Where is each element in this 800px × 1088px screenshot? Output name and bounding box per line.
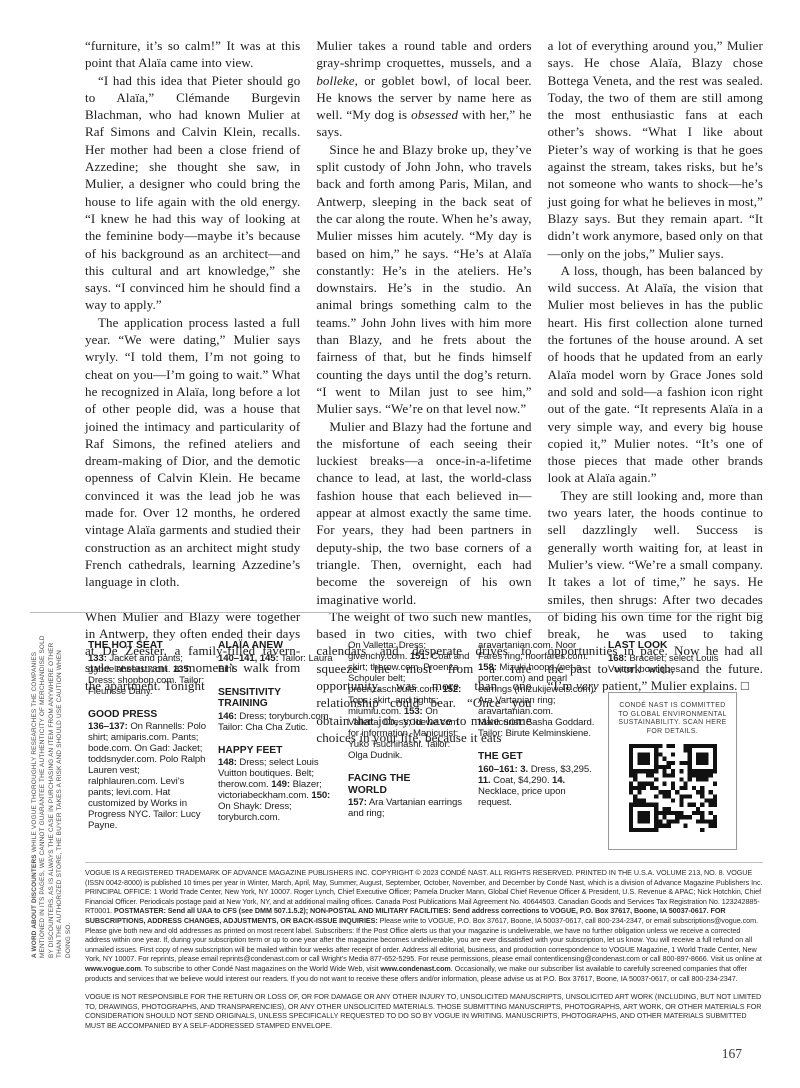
article-paragraph: A loss, though, has been balanced by wil… — [548, 262, 763, 487]
credit-heading: HAPPY FEET — [218, 745, 340, 757]
article-paragraph: Mulier takes a round table and orders gr… — [316, 37, 531, 141]
credit-body: 133: Jacket and pants; gabrielahearst.co… — [88, 653, 210, 697]
credits-column-5: LAST LOOK 168: Bracelet; select Louis Vu… — [608, 640, 730, 687]
section-divider — [30, 612, 763, 613]
credit-body: 157: Ara Vartanian earrings and ring; — [348, 797, 470, 819]
credit-body: aravartanian.com. Noor Fares ring; noorf… — [478, 640, 600, 739]
credit-heading: THE HOT SEAT — [88, 640, 210, 652]
credit-body: 168: Bracelet; select Louis Vuitton bout… — [608, 653, 730, 675]
credit-block: aravartanian.com. Noor Fares ring; noorf… — [478, 640, 600, 739]
credit-body: 146: Dress; toryburch.com. Tailor: Cha C… — [218, 711, 340, 733]
credit-heading: LAST LOOK — [608, 640, 730, 652]
credit-block: HAPPY FEET 148: Dress; select Louis Vuit… — [218, 745, 340, 824]
credit-block: GOOD PRESS 136–137: On Rannells: Polo sh… — [88, 709, 210, 832]
credit-block: LAST LOOK 168: Bracelet; select Louis Vu… — [608, 640, 730, 675]
article-paragraph: Since he and Blazy broke up, they’ve spl… — [316, 141, 531, 418]
credit-block: THE GET 160–161: 3. Dress, $3,295. 11. C… — [478, 751, 600, 808]
legal-divider — [85, 862, 763, 863]
credits-column-2: ALAÏA ANEW 140–141, 145: Tailor: Laura B… — [218, 640, 340, 835]
credit-block: On Valletta: Dress; givenchy.com. 151: C… — [348, 640, 470, 761]
legal-fine-print: VOGUE IS A REGISTERED TRADEMARK OF ADVAN… — [85, 868, 763, 1040]
article-paragraph: The application process lasted a full ye… — [85, 314, 300, 591]
credit-heading: SENSITIVITYTRAINING — [218, 687, 340, 710]
credit-body: On Valletta: Dress; givenchy.com. 151: C… — [348, 640, 470, 761]
credits-column-4: aravartanian.com. Noor Fares ring; noorf… — [478, 640, 600, 820]
credits-column-1: THE HOT SEAT 133: Jacket and pants; gabr… — [88, 640, 210, 843]
legal-paragraph: VOGUE IS A REGISTERED TRADEMARK OF ADVAN… — [85, 868, 763, 983]
qr-code-icon — [629, 744, 717, 832]
legal-paragraph: VOGUE IS NOT RESPONSIBLE FOR THE RETURN … — [85, 992, 763, 1030]
page-number: 167 — [722, 1046, 742, 1062]
credit-heading: THE GET — [478, 751, 600, 763]
credit-heading: ALAÏA ANEW — [218, 640, 340, 652]
credit-block: ALAÏA ANEW 140–141, 145: Tailor: Laura B… — [218, 640, 340, 675]
magazine-page: “furniture, it’s so calm!” It was at thi… — [0, 0, 800, 1088]
article-paragraph: Mulier and Blazy had the fortune and the… — [316, 418, 531, 608]
credit-body: 136–137: On Rannells: Polo shirt; amipar… — [88, 721, 210, 831]
sustainability-caption: CONDÉ NAST IS COMMITTED TO GLOBAL ENVIRO… — [617, 702, 728, 737]
article-paragraph: “I had this idea that Pieter should go t… — [85, 72, 300, 314]
credit-heading: FACING THEWORLD — [348, 773, 470, 796]
article-paragraph: a lot of everything around you,” Mulier … — [548, 37, 763, 262]
credit-block: THE HOT SEAT 133: Jacket and pants; gabr… — [88, 640, 210, 697]
article-paragraph: “furniture, it’s so calm!” It was at thi… — [85, 37, 300, 72]
credit-block: FACING THEWORLD 157: Ara Vartanian earri… — [348, 773, 470, 819]
credit-body: 160–161: 3. Dress, $3,295. 11. Coat, $4,… — [478, 764, 600, 808]
credit-body: 148: Dress; select Louis Vuitton boutiqu… — [218, 757, 340, 823]
credit-heading: GOOD PRESS — [88, 709, 210, 721]
credits-column-3: On Valletta: Dress; givenchy.com. 151: C… — [348, 640, 470, 831]
sustainability-box: CONDÉ NAST IS COMMITTED TO GLOBAL ENVIRO… — [608, 692, 737, 850]
credit-body: 140–141, 145: Tailor: Laura Bihl. — [218, 653, 340, 675]
discounter-disclaimer: A WORD ABOUT DISCOUNTERS WHILE VOGUE THO… — [31, 628, 65, 958]
credit-block: SENSITIVITYTRAINING 146: Dress; toryburc… — [218, 687, 340, 733]
